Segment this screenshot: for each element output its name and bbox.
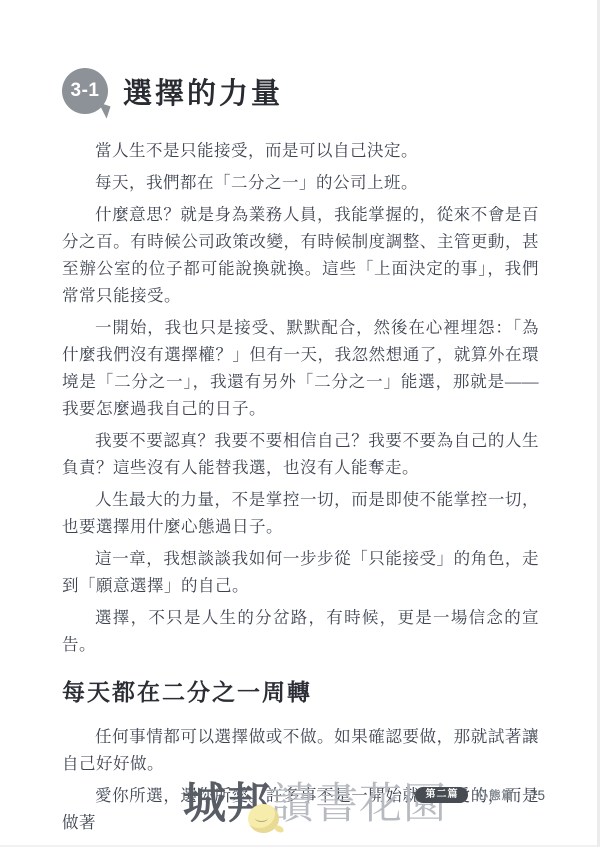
- chapter-number: 3-1: [71, 80, 100, 102]
- section-heading: 每天都在二分之一周轉: [62, 679, 539, 706]
- mascot-flower-icon: [248, 804, 279, 833]
- book-page: 3-1 選擇的力量 當人生不是只能接受，而是可以自己決定。每天，我們都在「二分之…: [0, 0, 600, 847]
- paragraph: 選擇，不只是人生的分岔路，有時候，更是一場信念的宣告。: [62, 604, 539, 658]
- paragraph: 這一章，我想談談我如何一步步從「只能接受」的角色，走到「願意選擇」的自己。: [62, 545, 539, 599]
- footer-meta: 第二篇 心態篇 75: [415, 787, 545, 803]
- chapter-title: 選擇的力量: [123, 71, 283, 112]
- paragraph: 什麼意思？就是身為業務人員，我能掌握的，從來不會是百分之百。有時候公司政策改變，…: [62, 201, 539, 309]
- part-label: 心態篇: [476, 787, 514, 803]
- intro-paragraphs: 當人生不是只能接受，而是可以自己決定。每天，我們都在「二分之一」的公司上班。什麼…: [62, 137, 539, 658]
- paragraph: 一開始，我也只是接受、默默配合，然後在心裡埋怨：「為什麼我們沒有選擇權？」但有一…: [62, 314, 539, 422]
- publisher-watermark: 城邦 讀書花園: [183, 770, 447, 831]
- paragraph: 人生最大的力量，不是掌控一切，而是即使不能掌控一切，也要選擇用什麼心態過日子。: [62, 486, 539, 540]
- paragraph: 我要不要認真？我要不要相信自己？我要不要為自己的人生負責？這些沒有人能替我選，也…: [62, 427, 539, 481]
- chapter-number-badge: 3-1: [62, 68, 108, 114]
- paragraph: 每天，我們都在「二分之一」的公司上班。: [62, 169, 539, 196]
- chapter-header: 3-1 選擇的力量: [62, 68, 283, 114]
- page-number: 75: [530, 788, 545, 803]
- body-text: 當人生不是只能接受，而是可以自己決定。每天，我們都在「二分之一」的公司上班。什麼…: [62, 137, 539, 841]
- page-footer: 城邦 讀書花園 第二篇 心態篇 75: [0, 762, 600, 847]
- paragraph: 當人生不是只能接受，而是可以自己決定。: [62, 137, 539, 164]
- part-badge: 第二篇: [415, 787, 468, 803]
